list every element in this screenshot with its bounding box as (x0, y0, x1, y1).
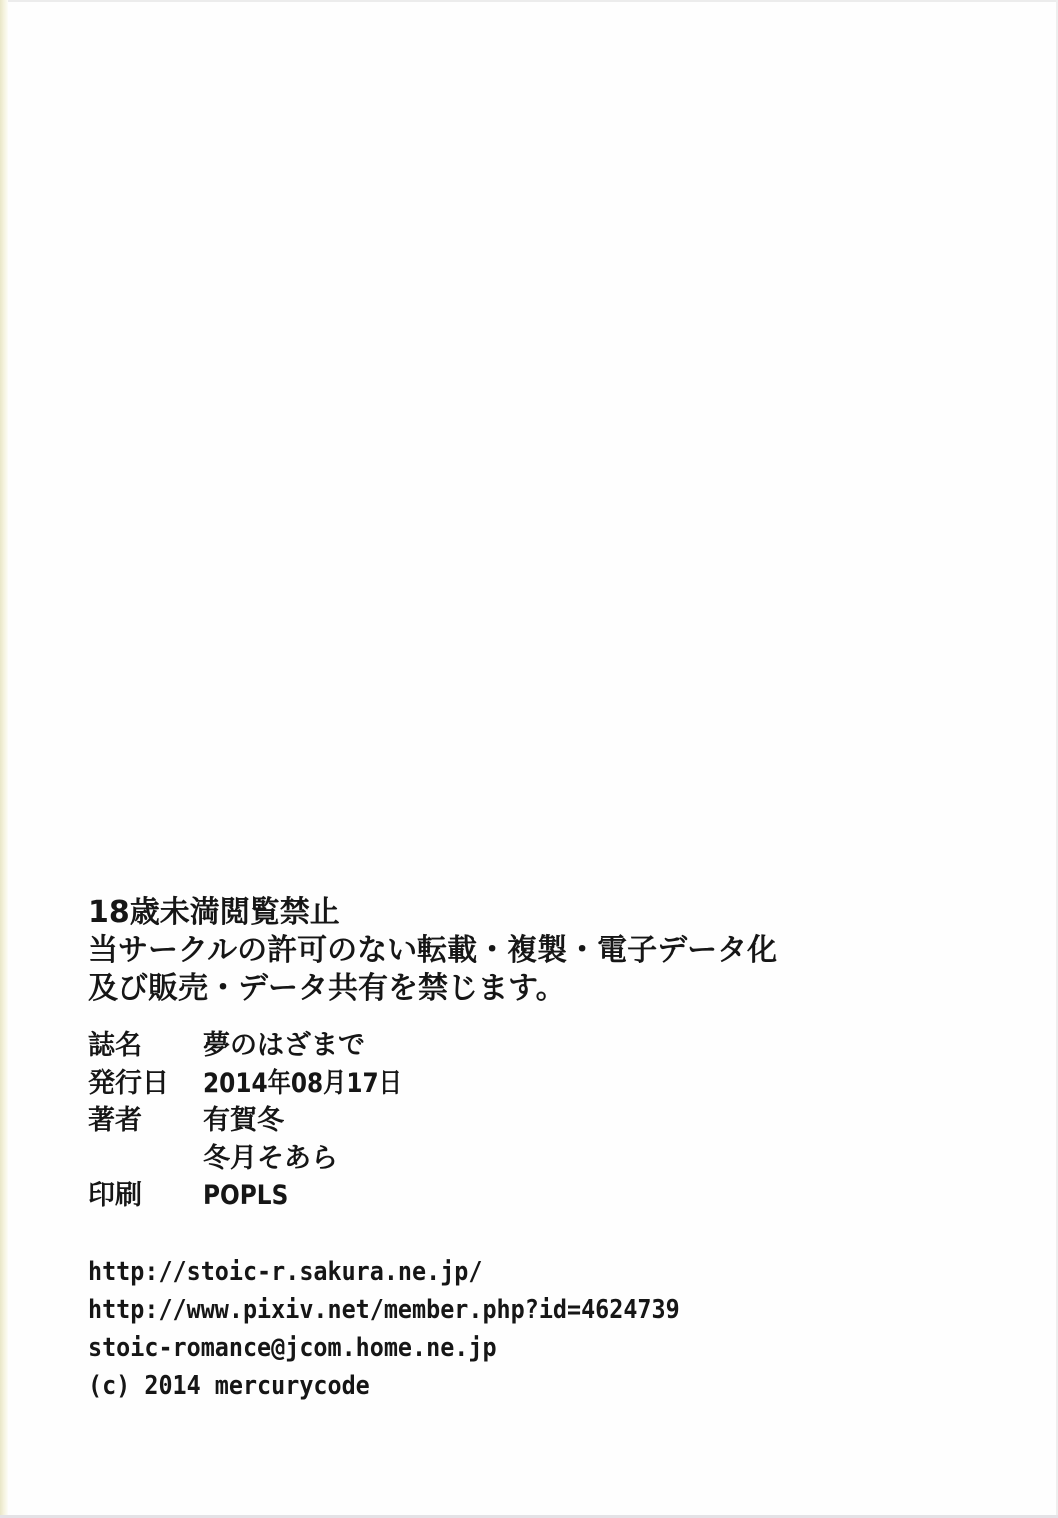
colophon-value-title: 夢のはざまで (203, 1027, 365, 1065)
age-restriction-notice: 18歳未満閲覧禁止 当サークルの許可のない転載・複製・電子データ化 及び販売・デ… (88, 894, 777, 1008)
colophon-value-printer: POPLS (203, 1177, 288, 1215)
notice-copyright-line-2: 及び販売・データ共有を禁じます。 (88, 970, 777, 1008)
colophon-table: 誌名 夢のはざまで 発行日 2014年08月17日 著者 有賀冬 冬月そあら 印… (88, 1027, 434, 1215)
colophon-label-title: 誌名 (88, 1027, 203, 1065)
colophon-row-author: 著者 有賀冬 (88, 1102, 434, 1140)
page-binding-edge (0, 0, 8, 1518)
colophon-label-date: 発行日 (88, 1065, 203, 1103)
notice-copyright-line-1: 当サークルの許可のない転載・複製・電子データ化 (88, 932, 777, 970)
colophon-label-printer: 印刷 (88, 1177, 203, 1215)
page-edge-top (0, 0, 1058, 2)
colophon-row-date: 発行日 2014年08月17日 (88, 1065, 434, 1103)
website-url: http://stoic-r.sakura.ne.jp/ (88, 1253, 680, 1291)
colophon-row-printer: 印刷 POPLS (88, 1177, 434, 1215)
copyright-notice: (c) 2014 mercurycode (88, 1367, 680, 1405)
contact-links: http://stoic-r.sakura.ne.jp/ http://www.… (88, 1253, 745, 1405)
colophon-label-author: 著者 (88, 1102, 203, 1140)
colophon-value-author-2: 冬月そあら (203, 1140, 338, 1178)
colophon-row-title: 誌名 夢のはざまで (88, 1027, 434, 1065)
colophon-row-author-2: 冬月そあら (88, 1140, 434, 1178)
pixiv-url: http://www.pixiv.net/member.php?id=46247… (88, 1291, 680, 1329)
email-address: stoic-romance@jcom.home.ne.jp (88, 1329, 680, 1367)
notice-age-restriction: 18歳未満閲覧禁止 (88, 894, 777, 932)
colophon-value-date: 2014年08月17日 (203, 1065, 402, 1103)
colophon-label-empty (88, 1140, 203, 1178)
colophon-value-author-1: 有賀冬 (203, 1102, 284, 1140)
